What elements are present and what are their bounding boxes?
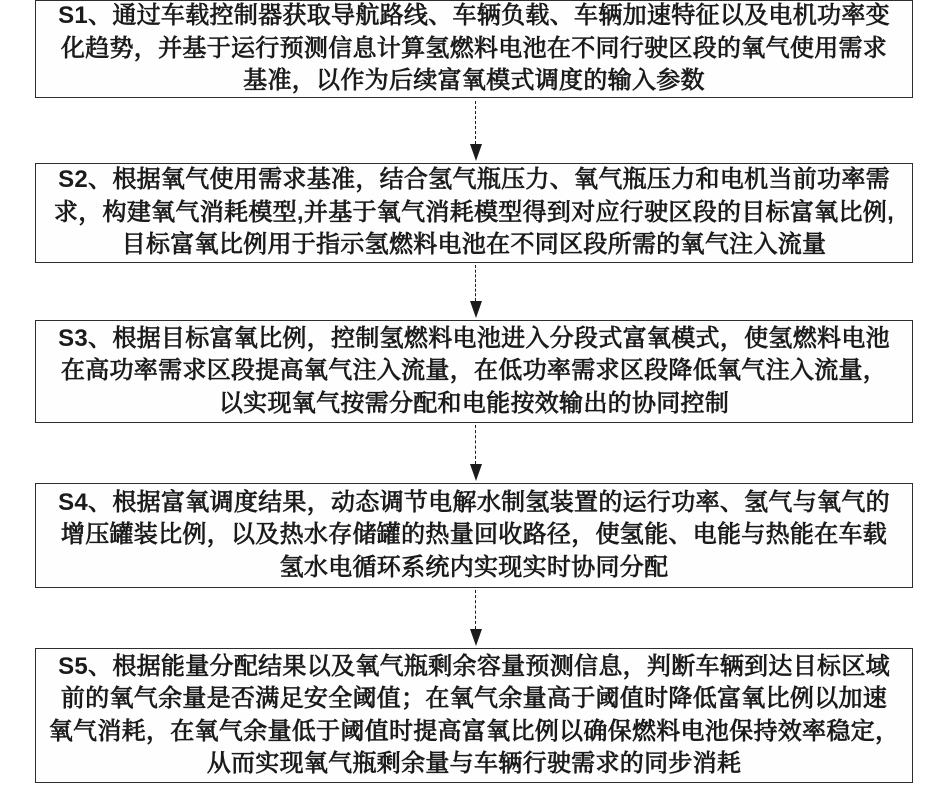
arrow-down-icon	[470, 464, 482, 481]
arrow-shaft	[475, 425, 476, 464]
arrow-down-icon	[470, 301, 482, 318]
step-box-s3: S3、根据目标富氧比例，控制氢燃料电池进入分段式富氧模式，使氢燃料电池 在高功率…	[35, 320, 913, 423]
patent-flowchart: S1、通过车载控制器获取导航路线、车辆负载、车辆加速特征以及电机功率变 化趋势，…	[0, 0, 930, 811]
step-s4-line-2: 增压罐装比例，以及热水存储罐的热量回收路径，使氢能、电能与热能在车载	[61, 519, 887, 552]
step-box-s5: S5、根据能量分配结果以及氧气瓶剩余容量预测信息，判断车辆到达目标区域 前的氧气…	[35, 648, 913, 783]
arrow-shaft	[475, 265, 476, 301]
arrow-down-icon	[470, 629, 482, 646]
step-s4-line-3: 氢水电循环系统内实现实时协同分配	[280, 552, 669, 585]
step-s3-line-1: S3、根据目标富氧比例，控制氢燃料电池进入分段式富氧模式，使氢燃料电池	[58, 323, 890, 356]
step-s5-line-2: 前的氧气余量是否满足安全阈值；在氧气余量高于阈值时降低富氧比例以加速	[61, 683, 887, 716]
step-s4-line-1: S4、根据富氧调度结果，动态调节电解水制氢装置的运行功率、氢气与氧气的	[58, 487, 890, 520]
flow-arrow-s2-s3	[469, 265, 482, 318]
flow-arrow-s4-s5	[469, 590, 482, 646]
arrow-shaft	[475, 101, 476, 144]
arrow-shaft	[475, 590, 476, 629]
step-s2-line-1: S2、根据氧气使用需求基准，结合氢气瓶压力、氧气瓶压力和电机当前功率需	[58, 164, 890, 197]
step-s3-line-3: 以实现氧气按需分配和电能按效输出的协同控制	[219, 388, 729, 421]
step-box-s4: S4、根据富氧调度结果，动态调节电解水制氢装置的运行功率、氢气与氧气的 增压罐装…	[35, 483, 913, 588]
step-s1-line-1: S1、通过车载控制器获取导航路线、车辆负载、车辆加速特征以及电机功率变	[58, 0, 890, 33]
step-box-s2: S2、根据氧气使用需求基准，结合氢气瓶压力、氧气瓶压力和电机当前功率需 求，构建…	[35, 163, 913, 263]
arrow-down-icon	[470, 144, 482, 161]
step-s5-line-3: 氧气消耗，在氧气余量低于阈值时提高富氧比例以确保燃料电池保持效率稳定，	[49, 716, 900, 749]
step-s5-line-1: S5、根据能量分配结果以及氧气瓶剩余容量预测信息，判断车辆到达目标区域	[58, 651, 890, 684]
step-s1-line-2: 化趋势，并基于运行预测信息计算氢燃料电池在不同行驶区段的氧气使用需求	[61, 33, 887, 66]
step-s2-line-3: 目标富氧比例用于指示氢燃料电池在不同区段所需的氧气注入流量	[122, 229, 827, 262]
flow-arrow-s1-s2	[469, 101, 482, 161]
step-s2-line-2: 求，构建氧气消耗模型,并基于氧气消耗模型得到对应行驶区段的目标富氧比例,	[54, 197, 894, 230]
step-s1-line-3: 基准，以作为后续富氧模式调度的输入参数	[243, 65, 705, 98]
step-s3-line-2: 在高功率需求区段提高氧气注入流量，在低功率需求区段降低氧气注入流量，	[61, 355, 887, 388]
step-box-s1: S1、通过车载控制器获取导航路线、车辆负载、车辆加速特征以及电机功率变 化趋势，…	[35, 0, 913, 98]
step-s5-line-4: 从而实现氧气瓶剩余量与车辆行驶需求的同步消耗	[207, 748, 742, 781]
flow-arrow-s3-s4	[469, 425, 482, 481]
